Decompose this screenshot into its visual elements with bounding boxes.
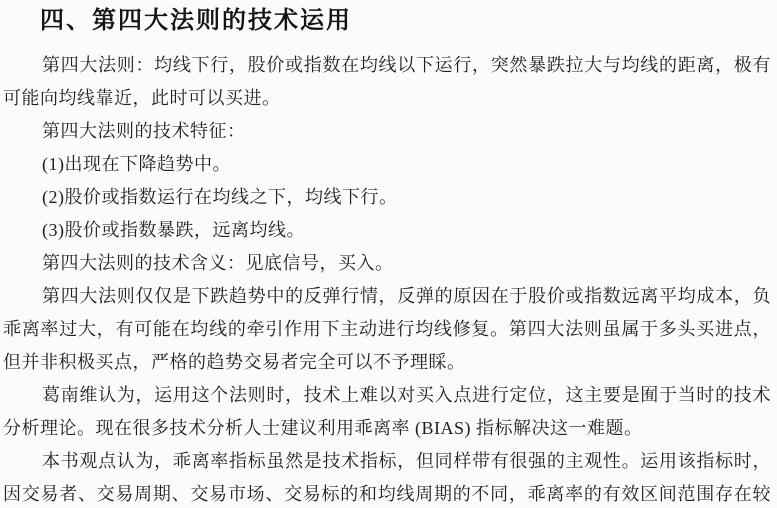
page-container: 四、第四大法则的技术运用 第四大法则：均线下行，股价或指数在均线以下运行，突然暴… [0,0,777,508]
body-line: 乖离率过大，有可能在均线的牵引作用下主动进行均线修复。第四大法则虽属于多头买进点… [3,313,771,346]
body-line: 第四大法则：均线下行，股价或指数在均线以下运行，突然暴跌拉大与均线的距离，极有 [3,49,771,82]
body-line: 葛南维认为，运用这个法则时，技术上难以对买入点进行定位，这主要是囿于当时的技术 [3,379,771,412]
body-line: 第四大法则仅仅是下跌趋势中的反弹行情，反弹的原因在于股价或指数远离平均成本，负 [3,280,771,313]
body-line: 本书观点认为，乖离率指标虽然是技术指标，但同样带有很强的主观性。运用该指标时， [3,445,771,478]
body-line: 因交易者、交易周期、交易市场、交易标的和均线周期的不同，乖离率的有效区间范围存在… [3,478,771,508]
body-line: 分析理论。现在很多技术分析人士建议利用乖离率 (BIAS) 指标解决这一难题。 [3,412,771,445]
body-text: 第四大法则：均线下行，股价或指数在均线以下运行，突然暴跌拉大与均线的距离，极有 … [0,49,777,508]
page-title: 四、第四大法则的技术运用 [0,0,777,35]
list-item-line: (1)出现在下降趋势中。 [3,148,771,181]
body-line: 第四大法则的技术含义：见底信号，买入。 [3,247,771,280]
body-line: 第四大法则的技术特征： [3,115,771,148]
body-line: 但并非积极买点，严格的趋势交易者完全可以不予理睬。 [3,346,771,379]
body-line: 可能向均线靠近，此时可以买进。 [3,82,771,115]
list-item-line: (2)股价或指数运行在均线之下，均线下行。 [3,181,771,214]
list-item-line: (3)股价或指数暴跌，远离均线。 [3,214,771,247]
